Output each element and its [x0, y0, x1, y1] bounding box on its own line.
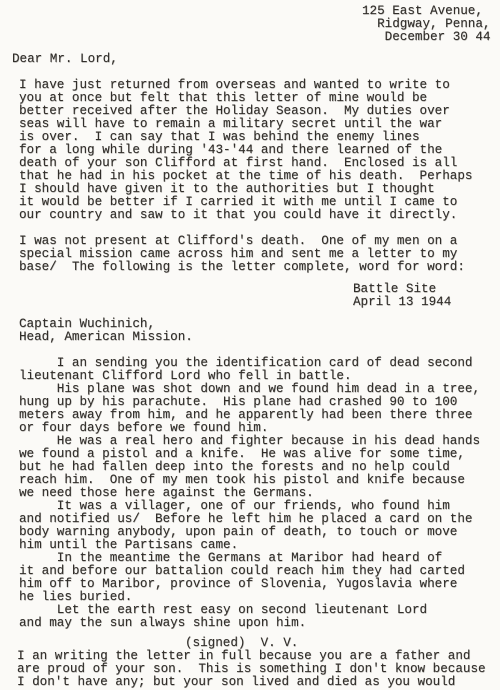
- letter-page: 125 East Avenue, Ridgway, Penna, Decembe…: [0, 0, 500, 690]
- return-address: 125 East Avenue, Ridgway, Penna, Decembe…: [362, 5, 492, 44]
- closing-paragraph: I an writing the letter in full because …: [17, 650, 492, 689]
- inner-paragraph-4: It was a villager, one of our friends, w…: [19, 500, 492, 552]
- inner-paragraph-6: Let the earth rest easy on second lieute…: [19, 604, 492, 630]
- inner-paragraph-2: His plane was shot down and we found him…: [19, 383, 492, 435]
- inner-paragraph-5: In the meantime the Germans at Maribor h…: [19, 552, 492, 604]
- quoted-inner-letter: Battle Site April 13 1944 Captain Wuchin…: [12, 283, 492, 650]
- salutation: Dear Mr. Lord,: [12, 53, 492, 66]
- inner-letter-body: I an sending you the identification card…: [19, 357, 492, 630]
- inner-paragraph-3: He was a real hero and fighter because i…: [19, 435, 492, 500]
- inner-letter-addressee: Captain Wuchinich, Head, American Missio…: [19, 318, 492, 344]
- body-paragraph-1: I have just returned from overseas and w…: [19, 79, 492, 222]
- body-paragraph-2: I was not present at Clifford's death. O…: [19, 235, 492, 274]
- inner-paragraph-1: I an sending you the identification card…: [19, 357, 492, 383]
- inner-letter-dateline: Battle Site April 13 1944: [353, 283, 492, 309]
